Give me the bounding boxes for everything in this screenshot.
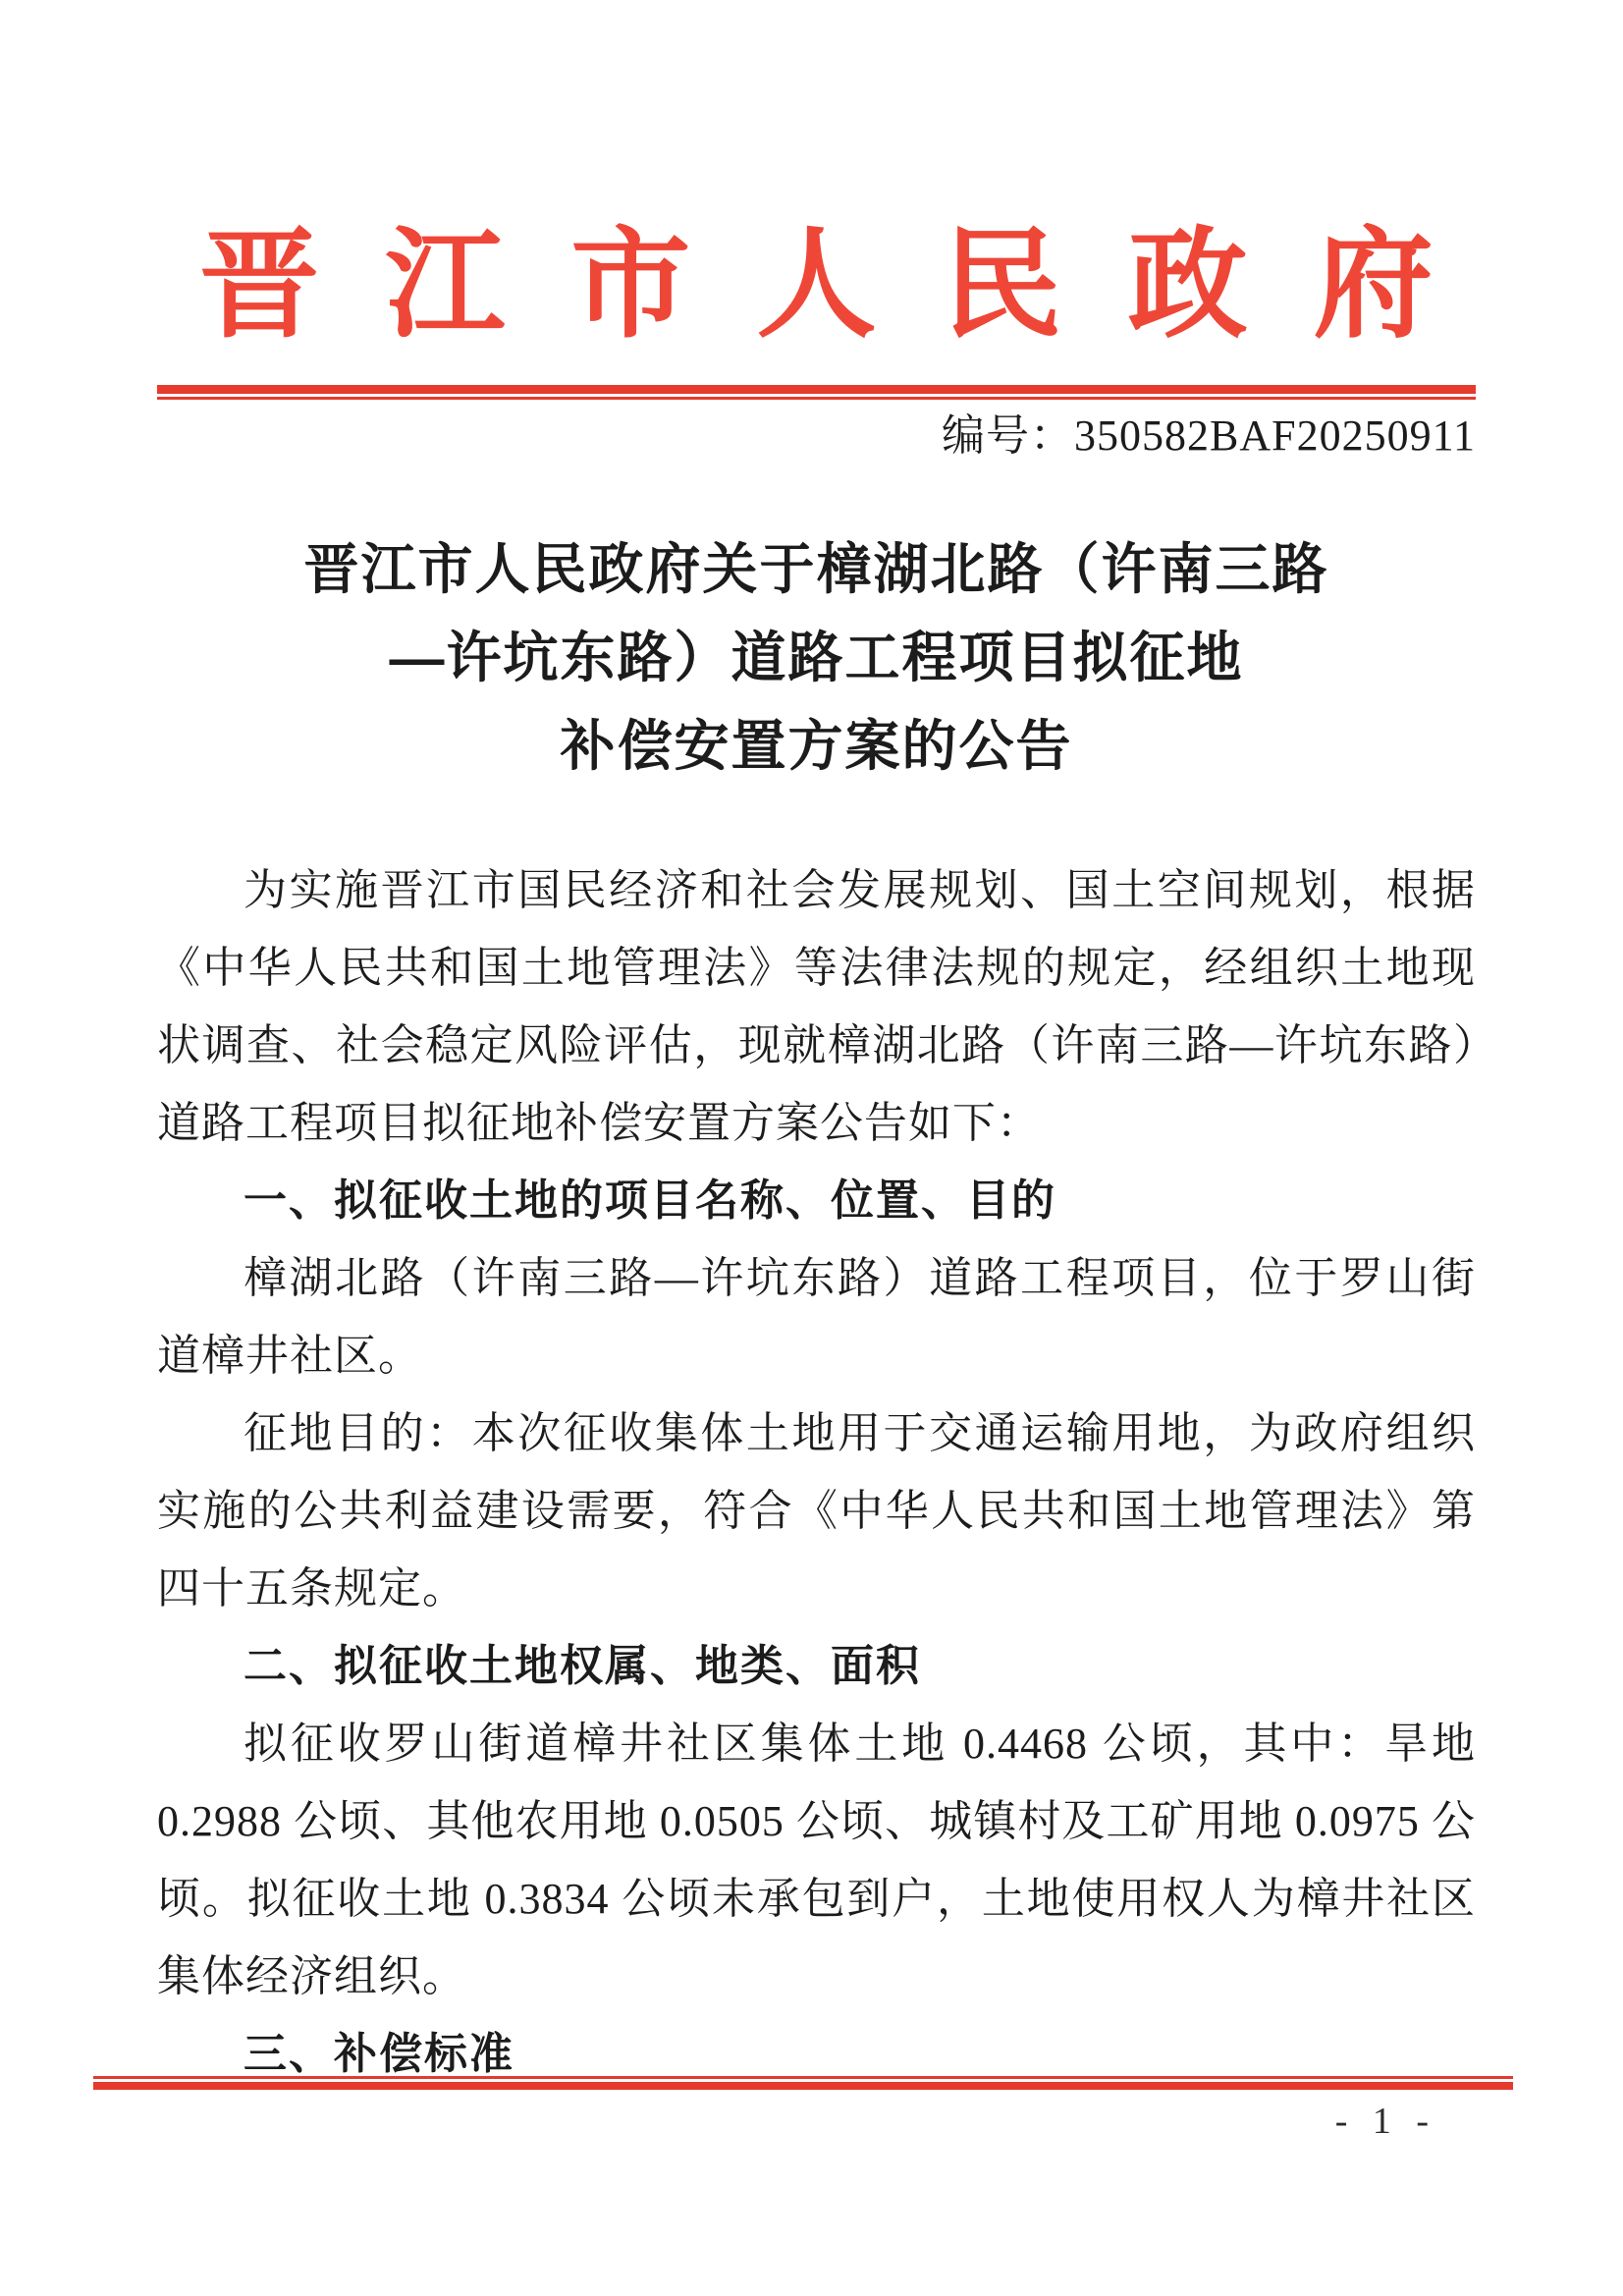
page-number: - 1 - [93,2100,1513,2143]
document-body: 为实施晋江市国民经济和社会发展规划、国土空间规划，根据《中华人民共和国土地管理法… [157,851,1476,2093]
header-rule-thick-line [157,385,1476,394]
section-heading-1: 一、拟征收土地的项目名称、位置、目的 [157,1162,1476,1239]
document-footer: - 1 - [93,2076,1513,2143]
doc-title: 晋江市人民政府关于樟湖北路（许南三路 —许坑东路）道路工程项目拟征地 补偿安置方… [157,525,1476,791]
section-heading-2: 二、拟征收土地权属、地类、面积 [157,1627,1476,1705]
document-content: 晋 江 市 人 民 政 府 编号：350582BAF20250911 晋江市人民… [0,224,1623,2093]
body-paragraph-project-location: 樟湖北路（许南三路—许坑东路）道路工程项目，位于罗山街道樟井社区。 [157,1239,1476,1394]
doc-number: 编号：350582BAF20250911 [157,410,1476,463]
header-rule-thin-line [157,397,1476,400]
body-paragraph-intro: 为实施晋江市国民经济和社会发展规划、国土空间规划，根据《中华人民共和国土地管理法… [157,851,1476,1162]
document-page: 晋 江 市 人 民 政 府 编号：350582BAF20250911 晋江市人民… [0,0,1623,2296]
org-name-masthead: 晋 江 市 人 民 政 府 [157,224,1476,350]
footer-rule-thick-line [93,2082,1513,2090]
footer-red-rule [93,2076,1513,2090]
document-header: 晋 江 市 人 民 政 府 编号：350582BAF20250911 [157,224,1476,463]
header-red-rule [157,385,1476,400]
body-paragraph-purpose: 征地目的：本次征收集体土地用于交通运输用地，为政府组织实施的公共利益建设需要，符… [157,1394,1476,1627]
doc-title-line-1: 晋江市人民政府关于樟湖北路（许南三路 [157,525,1476,614]
body-paragraph-land-area: 拟征收罗山街道樟井社区集体土地 0.4468 公顷，其中：旱地 0.2988 公… [157,1705,1476,2015]
doc-title-line-2: —许坑东路）道路工程项目拟征地 [157,614,1476,702]
doc-title-line-3: 补偿安置方案的公告 [157,702,1476,791]
